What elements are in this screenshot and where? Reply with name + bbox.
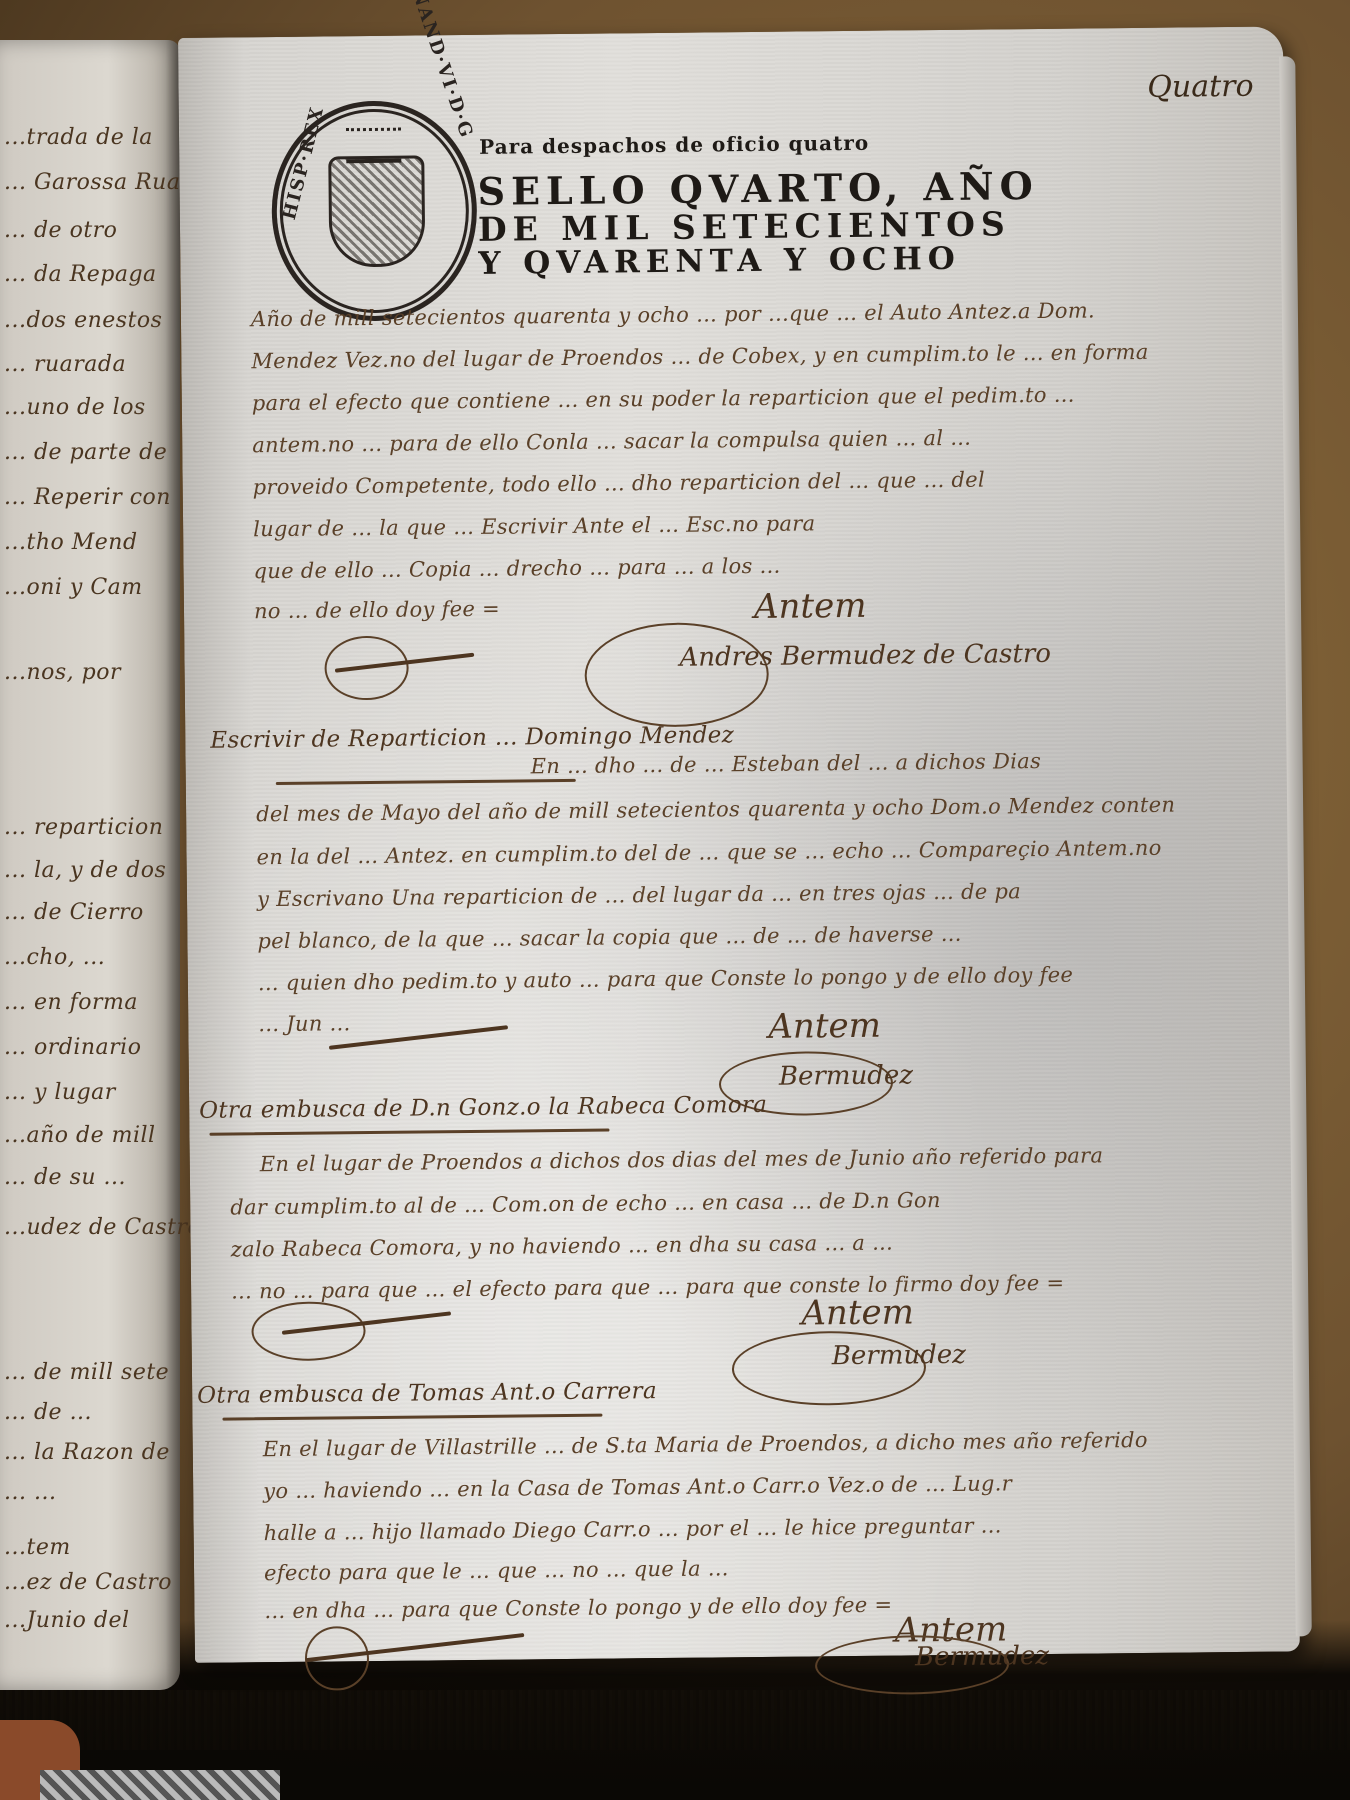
entry-heading: Otra embusca de D.n Gonz.o la Rabeca Com… xyxy=(199,1092,767,1124)
left-fragment: ...Junio del xyxy=(4,1608,130,1633)
left-fragment: ... de mill sete xyxy=(4,1360,169,1385)
heading-underline xyxy=(222,1414,602,1421)
text-line: Mendez Vez.no del lugar de Proendos ... … xyxy=(251,340,1148,373)
left-fragment: ...tho Mend xyxy=(4,530,138,555)
signature-name: Bermudez xyxy=(915,1641,1049,1672)
text-line: halle a ... hijo llamado Diego Carr.o ..… xyxy=(264,1513,1002,1545)
stamp-legend-right: FERDINAND·VI·D·G xyxy=(383,0,477,142)
printed-title-line-3: Y QVARENTA Y OCHO xyxy=(478,244,961,280)
left-fragment: ... la Razon de xyxy=(4,1440,170,1465)
page-edge xyxy=(1279,56,1312,1636)
text-line: lugar de ... la que ... Escrivir Ante el… xyxy=(253,511,815,541)
text-line: En el lugar de Villastrille ... de S.ta … xyxy=(263,1428,1148,1461)
text-line: no ... de ello doy fee = xyxy=(254,597,500,624)
left-fragment: ... de otro xyxy=(4,218,117,243)
left-fragment: ... de Cierro xyxy=(4,900,144,925)
left-page: ...trada de la ... Garossa Rua ... de ot… xyxy=(0,40,180,1690)
left-fragment: ... Reperir con xyxy=(4,485,171,510)
text-line: y Escrivano Una reparticion de ... del l… xyxy=(257,879,1021,911)
text-line: proveido Competente, todo ello ... dho r… xyxy=(253,468,985,500)
left-fragment: ...nos, por xyxy=(4,660,121,685)
left-fragment: ... reparticion xyxy=(4,815,163,840)
left-fragment: ...año de mill xyxy=(4,1123,156,1148)
left-fragment: ...ez de Castro xyxy=(4,1570,172,1595)
text-line: dar cumplim.to al de ... Com.on de echo … xyxy=(230,1188,941,1219)
left-fragment: ... ordinario xyxy=(4,1035,141,1060)
heading-underline xyxy=(276,779,576,785)
printed-title-line-2: DE MIL SETECIENTOS xyxy=(478,207,1011,246)
left-fragment: ... ruarada xyxy=(4,352,126,377)
text-line: en la del ... Antez. en cumplim.to del d… xyxy=(256,836,1161,869)
main-page: Quatro FERDINAND·VI·D·G HISP·REX Para de… xyxy=(178,26,1300,1662)
left-fragment: ...trada de la xyxy=(4,125,153,150)
text-line: efecto para que le ... que ... no ... qu… xyxy=(264,1556,729,1585)
left-fragment: ...oni y Cam xyxy=(4,575,143,600)
left-fragment: ...dos enestos xyxy=(4,308,162,333)
text-line: zalo Rabeca Comora, y no haviendo ... en… xyxy=(231,1231,894,1262)
text-line: pel blanco, de la que ... sacar la copia… xyxy=(257,922,961,953)
royal-seal-stamp-icon: FERDINAND·VI·D·G HISP·REX xyxy=(271,100,478,322)
left-fragment: ... de ... xyxy=(4,1400,92,1425)
text-line: antem.no ... para de ello Conla ... saca… xyxy=(252,426,971,458)
left-fragment: ... y lugar xyxy=(4,1080,116,1105)
text-line: ... quien dho pedim.to y auto ... para q… xyxy=(258,963,1073,996)
left-fragment: ... da Repaga xyxy=(4,262,157,287)
signature-name: Bermudez xyxy=(832,1340,966,1371)
page-number: Quatro xyxy=(1147,69,1254,105)
text-line: ... no ... para que ... el efecto para q… xyxy=(231,1271,1064,1304)
left-fragment: ...udez de Castro xyxy=(4,1215,201,1240)
text-line: del mes de Mayo del año de mill setecien… xyxy=(256,793,1175,827)
left-fragment: ... de parte de xyxy=(4,440,167,465)
text-line: ... Jun ... xyxy=(258,1011,350,1036)
left-fragment: ...uno de los xyxy=(4,395,146,420)
text-line: En el lugar de Proendos a dichos dos dia… xyxy=(260,1143,1104,1176)
stamp-legend-left: HISP·REX xyxy=(279,104,328,222)
signature-title: Antem xyxy=(801,1292,914,1333)
left-fragment: ... Garossa Rua xyxy=(4,170,180,195)
coat-of-arms-icon xyxy=(328,155,425,267)
signature-title: Antem xyxy=(768,1006,881,1047)
left-fragment: ... en forma xyxy=(4,990,138,1015)
left-fragment: ...cho, ... xyxy=(4,945,105,970)
fabric-corner xyxy=(40,1770,280,1800)
text-line: ... en dha ... para que Conste lo pongo … xyxy=(264,1593,892,1624)
left-fragment: ... la, y de dos xyxy=(4,858,166,883)
text-line: En ... dho ... de ... Esteban del ... a … xyxy=(531,749,1042,778)
left-fragment: ... de su ... xyxy=(4,1165,126,1190)
rubric-stroke xyxy=(329,1025,508,1050)
signature-title: Antem xyxy=(754,586,867,627)
entry-heading: Otra embusca de Tomas Ant.o Carrera xyxy=(197,1378,657,1409)
heading-underline xyxy=(209,1129,609,1136)
printed-subheading: Para despachos de oficio quatro xyxy=(479,131,869,159)
left-fragment: ...tem xyxy=(4,1535,71,1560)
entry-heading: Escrivir de Reparticion ... Domingo Mend… xyxy=(210,722,734,753)
left-fragment: ... ... xyxy=(4,1480,56,1505)
signature-flourish xyxy=(584,622,769,728)
text-line: que de ello ... Copia ... drecho ... par… xyxy=(253,554,780,584)
signature-name: Bermudez xyxy=(779,1060,913,1091)
signature-name: Andres Bermudez de Castro xyxy=(679,639,1051,673)
text-line: para el efecto que contiene ... en su po… xyxy=(252,383,1075,416)
text-line: yo ... haviendo ... en la Casa de Tomas … xyxy=(263,1471,1012,1503)
